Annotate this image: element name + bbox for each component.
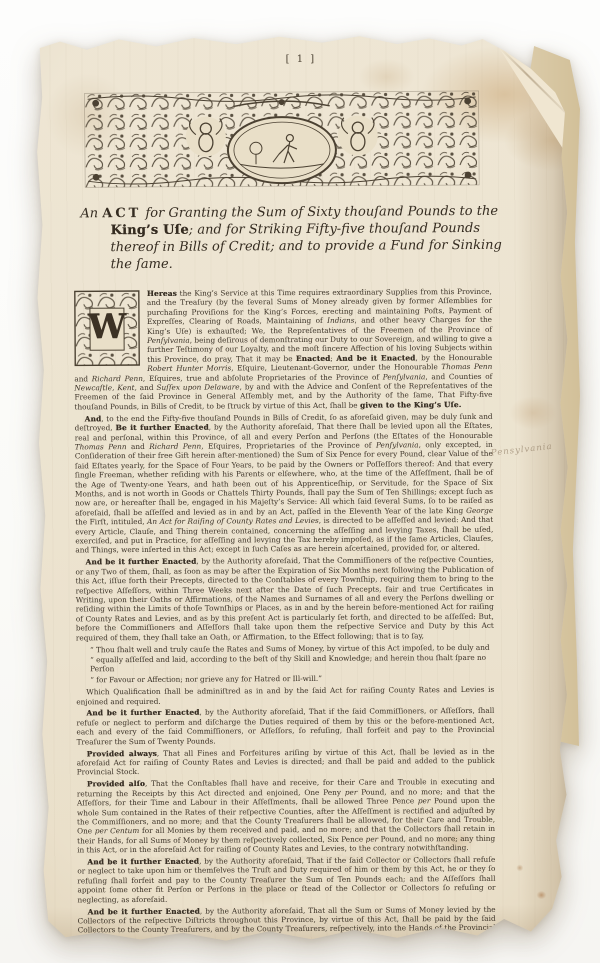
text-segment: George <box>466 506 493 515</box>
cherub-left-figure <box>186 116 226 156</box>
text-segment: Enacted <box>296 354 331 363</box>
text-segment: per <box>345 787 358 796</box>
text-segment: Thomas Penn <box>441 362 492 371</box>
headpiece-ornament <box>84 89 481 189</box>
text-segment: per <box>418 796 431 805</box>
text-segment: , Eſquires, Proprietaries of the Provinc… <box>201 441 376 451</box>
text-segment: Provided always <box>87 748 157 757</box>
provided-always-paragraph: Provided always, That all Fines and Forf… <box>77 746 495 777</box>
cherub-right-figure <box>338 116 378 156</box>
text-segment: Which Qualification ſhall be adminiſtred… <box>76 685 494 706</box>
text-segment: And be it Enacted <box>336 353 415 362</box>
central-vignette <box>228 117 336 184</box>
text-segment: Indians <box>327 316 354 325</box>
text-segment: and <box>127 442 150 451</box>
text-segment: , and Counties of <box>425 372 492 381</box>
text-segment: given to the King’s Uſe. <box>360 400 461 410</box>
text-segment: Penſylvania <box>147 336 190 345</box>
catchword: But <box>78 945 496 957</box>
text-segment: “ Thou ſhalt well and truly cauſe the Ra… <box>90 642 490 653</box>
text-segment: Hereas <box>147 289 177 298</box>
page-number: [ 1 ] <box>33 52 568 66</box>
text-segment: Penſylvania <box>376 440 419 449</box>
text-segment: per Centum <box>95 826 139 835</box>
verso-showthrough-text: of the ſaid Province, made in the Twenty… <box>93 853 501 873</box>
text-segment: , by the Authority aforeſaid, That the C… <box>75 555 493 642</box>
provided-also-paragraph: Provided alſo, That the Conſtables ſhall… <box>77 777 495 855</box>
text-segment: Penſylvania <box>383 372 426 381</box>
text-segment: Richard Penn <box>92 374 143 383</box>
document-sheet-group: [ 1 ] <box>0 0 600 963</box>
text-segment: And be it further Enacted <box>88 906 200 916</box>
act-title: An ACT for Granting the Sum of Sixty tho… <box>80 203 518 274</box>
qualification-paragraph: Which Qualification ſhall be adminiſtred… <box>76 685 494 706</box>
text-segment: Robert Hunter Morris <box>147 364 231 374</box>
text-segment: , only excepted, in Conſideration of the… <box>75 440 493 517</box>
payment-to-treasurer-paragraph: And be it further Enacted, by the Author… <box>78 904 496 944</box>
penalty-commissioners-paragraph: And be it further Enacted, by the Author… <box>76 706 494 746</box>
oath-line: “ equally aſſeſſed and laid, according t… <box>90 653 494 674</box>
dropcap-initial-w: W <box>74 290 140 366</box>
text-segment: Suſſex upon Delaware <box>156 382 239 392</box>
text-segment: And be it further Enacted <box>86 708 199 718</box>
text-segment: ACT <box>102 206 141 221</box>
text-segment: An <box>80 206 102 221</box>
text-segment: and <box>74 374 91 383</box>
text-segment: for Granting the Sum of Sixty thouſand P… <box>141 204 498 221</box>
text-segment: , by the Honourable <box>415 353 492 362</box>
dropcap-letter: W <box>88 323 126 333</box>
commissioners-precepts-paragraph: And be it further Enacted, by the Author… <box>75 555 494 642</box>
text-segment: Provided alſo <box>87 779 145 788</box>
text-segment: Newcaſtle, Kent, <box>74 383 137 392</box>
text-segment: Richard Penn <box>149 442 201 451</box>
levy-paragraph: And, to the end the Fifty-five thouſand … <box>75 412 494 556</box>
printed-act-page: [ 1 ] <box>33 30 574 943</box>
text-segment: Be it further Enacted <box>115 423 208 433</box>
text-segment: and <box>137 383 157 392</box>
text-segment: per <box>366 834 379 843</box>
text-segment: Thomas Penn <box>75 442 127 451</box>
photograph-backdrop: [ 1 ] <box>0 0 600 963</box>
text-segment: “ equally aſſeſſed and laid, according t… <box>90 653 486 674</box>
text-segment: the Firſt, intituled, <box>75 517 147 526</box>
text-segment: An Act for Raiſing of County Rates and L… <box>147 516 319 526</box>
oath-line: “ for Favour or Affection; nor grieve an… <box>90 673 494 685</box>
text-segment: And be it further Enacted <box>85 557 196 567</box>
text-segment: King’s Uſe <box>110 223 188 238</box>
text-segment: And <box>85 414 102 423</box>
text-segment: “ for Favour or Affection; nor grieve an… <box>90 674 322 684</box>
